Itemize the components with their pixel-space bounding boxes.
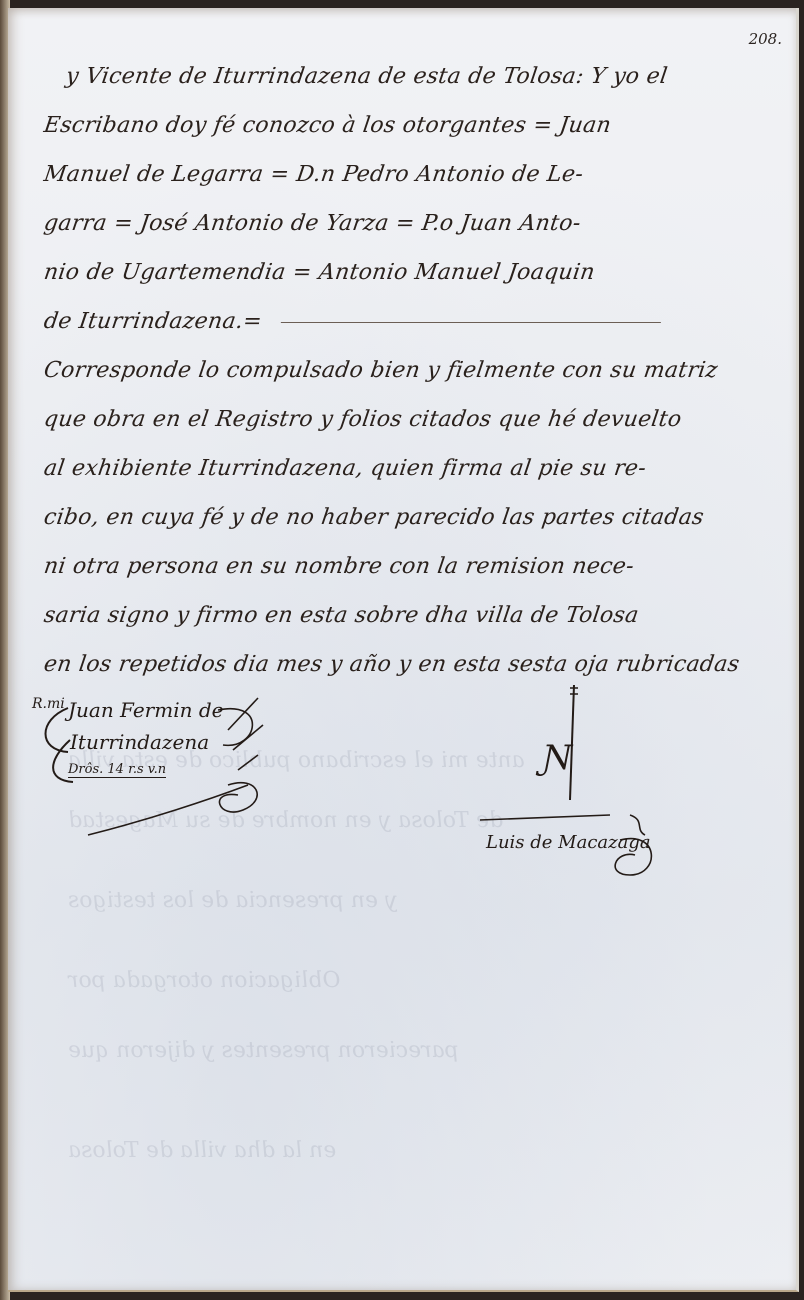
- signature-receiver: R.mi Juan Fermin de Iturrindazena Drôs. …: [28, 690, 288, 840]
- bleed-through-text: parecieron presentes y dijeron que: [67, 1038, 460, 1063]
- line-filler-rule: [281, 322, 661, 323]
- bleed-through-text: Obligacion otorgada por: [67, 968, 342, 993]
- text-line: saria signo y firmo en esta sobre dha vi…: [41, 591, 778, 640]
- signature-prefix: R.mi: [32, 696, 65, 712]
- text-line: Corresponde lo compulsado bien y fielmen…: [41, 346, 778, 395]
- signature-notary: Ɲ Luis de Macazaga: [470, 680, 690, 890]
- signer-name-line1: Juan Fermin de: [68, 698, 223, 722]
- paragraph-deed-close: y Vicente de Iturrindazena de esta de To…: [44, 52, 774, 346]
- text-line: Escribano doy fé conozco à los otorgante…: [41, 101, 778, 150]
- text-line: Manuel de Legarra = D.n Pedro Antonio de…: [41, 150, 778, 199]
- text-line-content: de Iturrindazena.=: [42, 309, 263, 334]
- fees-note: Drôs. 14 r.s v.n: [68, 762, 166, 778]
- signer-name-line2: Iturrindazena: [70, 730, 209, 754]
- text-line: y Vicente de Iturrindazena de esta de To…: [41, 52, 778, 101]
- notary-name: Luis de Macazaga: [486, 832, 651, 853]
- paragraph-certification: Corresponde lo compulsado bien y fielmen…: [44, 346, 774, 689]
- folio-number: 208.: [749, 30, 782, 48]
- manuscript-body: y Vicente de Iturrindazena de esta de To…: [44, 52, 774, 689]
- text-line: que obra en el Registro y folios citados…: [41, 395, 778, 444]
- text-line: garra = José Antonio de Yarza = P.o Juan…: [41, 199, 778, 248]
- text-line: al exhibiente Iturrindazena, quien firma…: [41, 444, 778, 493]
- text-line: ni otra persona en su nombre con la remi…: [41, 542, 778, 591]
- notary-monogram: Ɲ: [542, 738, 572, 778]
- text-line-final: de Iturrindazena.=: [41, 297, 778, 346]
- notary-rubric-icon: [470, 680, 690, 890]
- text-line: cibo, en cuya fé y de no haber parecido …: [41, 493, 778, 542]
- bleed-through-text: en la dha villa de Tolosa: [67, 1138, 338, 1163]
- bleed-through-text: y en presencia de los testigos: [67, 888, 399, 913]
- text-line: nio de Ugartemendia = Antonio Manuel Joa…: [41, 248, 778, 297]
